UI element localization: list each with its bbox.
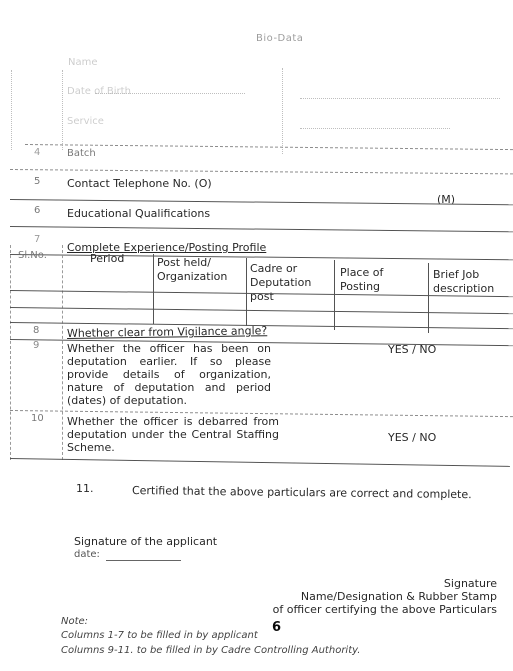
applicant-signature-label: Signature of the applicant [74,535,217,548]
officer-signature-label: Signature [444,577,497,590]
page-number: 6 [272,620,281,635]
row-number: 4 [34,147,40,158]
table-column-line [428,263,429,333]
question-vigilance: Whether clear from Vigilance angle? [67,324,267,340]
table-header-post: Post held/ Organization [157,256,237,284]
table-header-cadre: Cadre or Deputation post [250,262,320,304]
column-border [11,70,12,150]
officer-certifying-label: of officer certifying the above Particul… [273,603,497,616]
document-title: Bio-Data [256,33,303,44]
row-divider [10,226,513,232]
row-divider [25,144,513,150]
table-column-line [334,260,335,330]
column-border [282,68,283,154]
column-border [62,70,63,150]
row-divider [300,98,500,99]
row-label-name: Name [68,57,98,68]
question-debarred: Whether the officer is debarred from dep… [67,415,279,454]
table-header-job: Brief Job description [433,268,508,296]
row-number: 7 [34,234,40,245]
row-number: 8 [33,325,39,336]
row-label-contact: Contact Telephone No. (O) [67,177,212,190]
table-column-line [153,254,154,324]
row-divider [10,169,513,174]
row-label-dob: Date of Birth [67,86,131,97]
table-header-place: Place of Posting [340,266,410,294]
table-border-left [10,245,11,460]
table-row[interactable] [10,307,513,314]
officer-designation-label: Name/Designation & Rubber Stamp [301,590,497,603]
date-field[interactable] [106,560,181,561]
row-number: 5 [34,176,40,187]
row-label-batch: Batch [67,148,96,159]
row-divider [300,128,450,129]
table-header-period: Period [90,252,124,265]
date-label: date: [74,549,100,560]
note-line-1: Columns 1-7 to be filled in by applicant [61,630,258,641]
row-label-education: Educational Qualifications [67,207,210,220]
row-number: 9 [33,340,39,351]
note-title: Note: [61,616,88,627]
answer-debarred[interactable]: YES / NO [388,431,436,444]
table-top-border [10,254,513,260]
table-header-slno: Sl.No. [18,250,47,261]
certification-text: Certified that the above particulars are… [132,484,472,501]
question-prior-deputation: Whether the officer has been on deputati… [67,342,271,407]
row-label-service: Service [67,116,104,127]
row-number: 6 [34,205,40,216]
row-number: 10 [31,413,44,424]
table-column-line [62,245,63,460]
certification-number: 11. [76,482,94,495]
row-divider [95,93,245,94]
note-line-2: Columns 9-11. to be filled in by Cadre C… [61,645,360,656]
table-bottom-border [10,458,510,467]
